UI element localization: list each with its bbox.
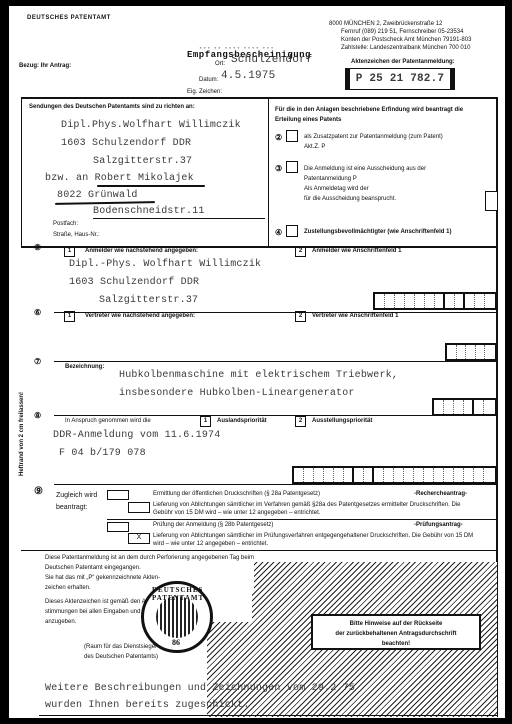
section8-option1-box[interactable]: 1: [200, 416, 211, 427]
priority-line-2: F 04 b/179 078: [59, 446, 146, 462]
section8-option1-label: Auslandspriorität: [217, 417, 267, 425]
application-date-box[interactable]: [485, 191, 497, 211]
section5-code-cells[interactable]: [373, 292, 497, 310]
notice-line-1: Bitte Hinweise auf der Rückseite: [313, 619, 479, 629]
receipt-line-4: zeichen erhalten.: [45, 583, 254, 593]
seal-space-line-1: (Raum für das Dienstsiegel: [84, 642, 158, 652]
eagle-emblem-icon: [156, 596, 198, 638]
item4-number: ④: [275, 229, 282, 237]
reference-label: Bezug: Ihr Antrag:: [19, 62, 71, 70]
section8-rule: [54, 415, 496, 416]
section5-option2-box[interactable]: 2: [295, 246, 306, 257]
search-copies-text: Lieferung von Ablichtungen sämtlicher im…: [153, 501, 473, 517]
street-underline: [93, 218, 265, 219]
notice-box: Bitte Hinweise auf der Rückseite der zur…: [311, 614, 481, 650]
date-value: 4.5.1975: [221, 68, 275, 84]
search-copies-checkbox[interactable]: [128, 502, 150, 513]
exam-request-checkbox[interactable]: [107, 522, 129, 532]
office-name: DEUTSCHES PATENTAMT: [27, 14, 111, 22]
item3-line-3: Als Anmeldetag wird der: [304, 184, 426, 194]
office-address: 8000 MÜNCHEN 2, Zweibrückenstraße 12: [329, 20, 442, 28]
receipt-line-2: Deutschen Patentamt eingegangen.: [45, 563, 254, 573]
address-frame-left: [21, 97, 22, 247]
street-label: Straße, Haus-Nr.:: [53, 231, 100, 239]
search-request-title: Ermittlung der öffentlichen Druckschrift…: [153, 490, 320, 498]
section7-number: ⑦: [34, 358, 41, 366]
section9-label-1: Zugleich wird: [56, 491, 97, 500]
item4-text: Zustellungsbevollmächtigter (wie Anschri…: [304, 228, 451, 236]
file-number-label: Aktenzeichen der Patentanmeldung:: [351, 58, 455, 66]
invention-title-line-1: Hubkolbenmaschine mit elektrischem Trieb…: [119, 368, 398, 384]
item3-line-1: Die Anmeldung ist eine Ausscheidung aus …: [304, 164, 426, 174]
search-request-tag: -Rechercheantrag-: [414, 490, 467, 498]
postbox-label: Postfach:: [53, 220, 78, 228]
section6-option1-label: Vertreter wie nachstehend angegeben:: [85, 312, 195, 320]
exam-request-tag: -Prüfungsantrag-: [414, 521, 463, 529]
office-bank: Zahlstelle: Landeszentralbank München 70…: [341, 44, 470, 52]
title-label: Bezeichnung:: [65, 363, 104, 371]
sender-line-2: 1603 Schulzendorf DDR: [61, 136, 191, 152]
own-ref-label: Eig. Zeichen:: [187, 88, 222, 96]
address-frame-divider: [268, 97, 269, 247]
typed-note-line-1: Weitere Beschreibungen und Zeichnungen v…: [45, 681, 355, 697]
address-frame-top: [21, 97, 496, 99]
section8-number: ⑧: [34, 412, 41, 420]
item2-number: ②: [275, 134, 282, 142]
applicant-line-3: Salzgitterstr.37: [99, 293, 198, 309]
item3-line-2: Patentanmeldung P: [304, 174, 426, 184]
section6-option2-box[interactable]: 2: [295, 311, 306, 322]
sender-label: Sendungen des Deutschen Patentamts sind …: [29, 103, 195, 111]
section6-option1-box[interactable]: 1: [64, 311, 75, 322]
item2-sub: Akt.Z. P: [304, 143, 325, 151]
sender-line-1: Dipl.Phys.Wolfhart Willimczik: [61, 118, 241, 134]
section7-rule: [54, 361, 496, 362]
section5-option1-box[interactable]: 1: [64, 246, 75, 257]
handwritten-underline-1: [97, 185, 205, 187]
footer-rule: [21, 550, 497, 551]
sender-line-3: Salzgitterstr.37: [93, 154, 192, 170]
section5-number: ⑤: [34, 244, 41, 252]
section9-divider: [107, 519, 496, 520]
office-phone: Fernruf (089) 219 51, Fernschreiber 05-2…: [341, 28, 463, 36]
receipt-statement: Diese Patentanmeldung ist an dem durch P…: [45, 553, 254, 593]
section8-option2-box[interactable]: 2: [295, 416, 306, 427]
exam-request-title: Prüfung der Anmeldung (§ 28b Patentgeset…: [153, 521, 273, 529]
perforation-marks: ∘∘∘ ∘∘ ∘∘∘∘ ∘∘∘∘ ∘∘∘: [199, 44, 275, 52]
notice-line-3: beachten!: [313, 639, 479, 649]
margin-note: Heftrand von 2 cm freilassen!: [18, 392, 26, 476]
receipt-line-3: Sie hat das mit „P“ gekennzeichnete Akte…: [45, 573, 254, 583]
patent-receipt-document: DEUTSCHES PATENTAMT Empfangsbescheinigun…: [9, 6, 505, 718]
place-label: Ort:: [215, 60, 225, 68]
item3-text: Die Anmeldung ist eine Ausscheidung aus …: [304, 164, 426, 204]
section6-code-cells[interactable]: [445, 343, 497, 361]
invention-title-line-2: insbesondere Hubkolben-Lineargenerator: [119, 386, 355, 402]
priority-line-1: DDR-Anmeldung vom 11.6.1974: [53, 428, 220, 444]
request-intro: Für die in den Anlagen beschriebene Erfi…: [275, 105, 485, 125]
exam-copies-text: Lieferung von Ablichtungen sämtlicher im…: [153, 532, 483, 548]
seal-space-note: (Raum für das Dienstsiegel des Deutschen…: [84, 642, 158, 662]
date-label: Datum:: [199, 76, 218, 84]
section9-rule: [54, 484, 496, 485]
section5-option2-label: Anmelder wie Anschriftenfeld 1: [312, 247, 401, 255]
exam-copies-checkbox[interactable]: X: [128, 533, 150, 544]
item3-number: ③: [275, 165, 282, 173]
applicant-line-2: 1603 Schulzendorf DDR: [69, 275, 199, 291]
seal-space-line-2: des Deutschen Patentamts): [84, 652, 158, 662]
section9-number: ⑨: [34, 488, 43, 496]
seal-text: DEUTSCHES PATENTAMT: [152, 586, 210, 602]
typed-note-line-2: wurden Ihnen bereits zugeschickt.: [45, 698, 250, 714]
section8-option2-label: Ausstellungspriorität: [312, 417, 372, 425]
section5-option1-label: Anmelder wie nachstehend angegeben:: [85, 247, 198, 255]
item3-line-4: für die Ausscheidung beansprucht.: [304, 194, 426, 204]
item3-checkbox[interactable]: [286, 161, 298, 173]
notice-line-2: der zurückbehaltenen Antragsdurchschrift: [313, 629, 479, 639]
applicant-line-1: Dipl.-Phys. Wolfhart Willimczik: [69, 257, 261, 273]
file-number-value: P 25 21 782.7: [350, 69, 450, 89]
item4-checkbox[interactable]: [286, 225, 298, 237]
file-number-box: P 25 21 782.7: [345, 68, 455, 90]
notice-text: Bitte Hinweise auf der Rückseite der zur…: [313, 616, 479, 649]
section6-number: ⑥: [34, 309, 41, 317]
receipt-line-1: Diese Patentanmeldung ist an dem durch P…: [45, 553, 254, 563]
item2-text: als Zusatzpatent zur Patentanmeldung (zu…: [304, 133, 443, 141]
seal-number: 86: [172, 638, 180, 647]
search-request-checkbox[interactable]: [107, 490, 129, 500]
place-value: Schulzendorf: [231, 52, 313, 68]
item2-checkbox[interactable]: [286, 130, 298, 142]
office-postcheck: Konten der Postscheck Amt München 79191-…: [341, 36, 471, 44]
section9-label-2: beantragt:: [56, 503, 88, 512]
section6-option2-label: Vertreter wie Anschriftenfeld 1: [312, 312, 398, 320]
official-seal: DEUTSCHES PATENTAMT 86: [141, 581, 213, 653]
priority-label: In Anspruch genommen wird die: [65, 417, 151, 425]
section8-code-cells[interactable]: [292, 466, 497, 484]
bottom-rule: [39, 715, 497, 716]
section7-code-cells[interactable]: [432, 398, 497, 416]
